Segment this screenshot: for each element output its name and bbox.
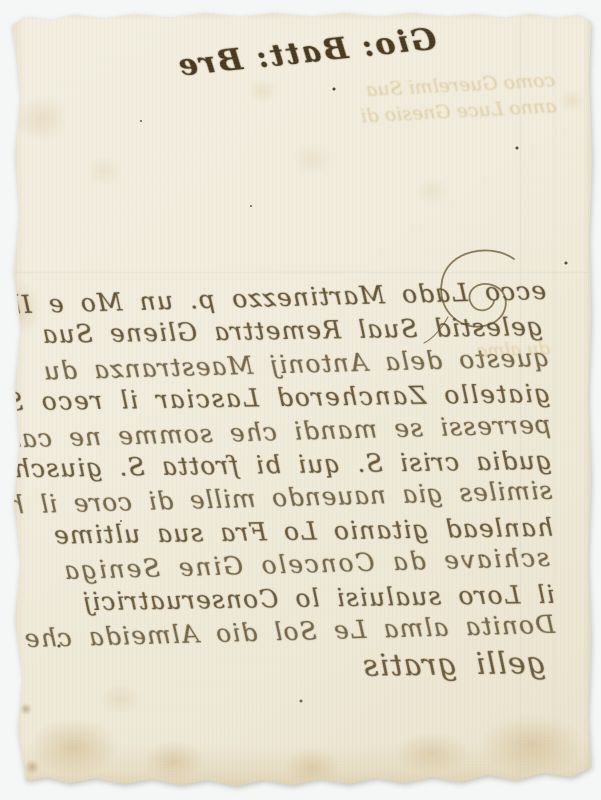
ink-specks: [12, 9, 14, 11]
scan-stage: Gio: Batt: Bre como Guerelmi Sua anno Lu…: [0, 0, 601, 800]
showthrough-body-text: ecco Lado Martinezzo p. un Mo e Ill.e Si…: [16, 275, 556, 678]
manuscript-paper-sheet: Gio: Batt: Bre como Guerelmi Sua anno Lu…: [12, 9, 592, 791]
vertical-fold-crease: [554, 13, 556, 785]
paper-sheet-wrap: Gio: Batt: Bre como Guerelmi Sua anno Lu…: [12, 9, 592, 791]
horizontal-fold-crease: [14, 272, 590, 274]
manuscript-line: gelli gratis: [24, 647, 546, 689]
showthrough-faint-mark: du alma: [440, 337, 551, 365]
